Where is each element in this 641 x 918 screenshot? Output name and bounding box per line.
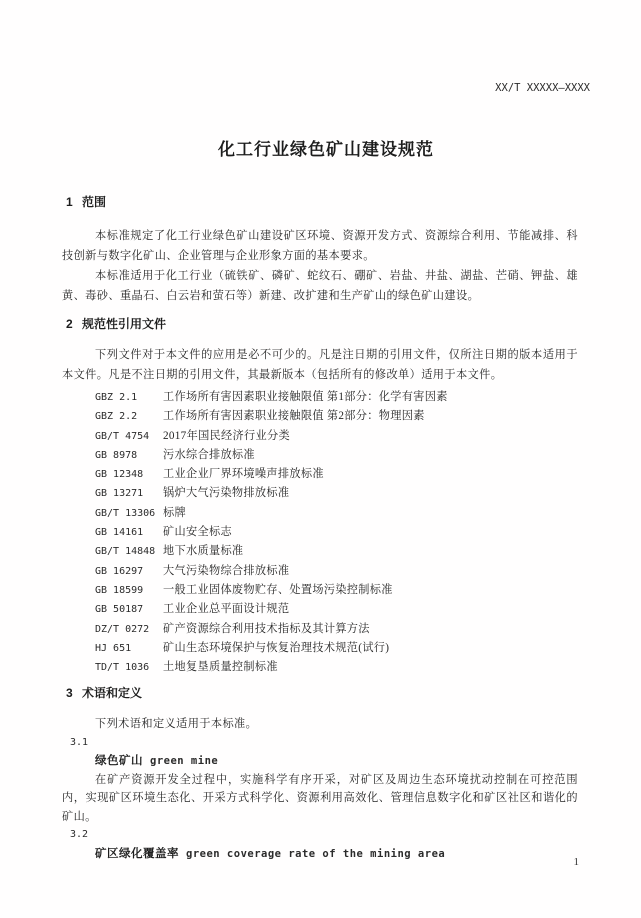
reference-title: 矿山安全标志 <box>163 526 232 538</box>
reference-item: GB 13271锅炉大气污染物排放标准 <box>62 484 578 503</box>
reference-item: GB 12348工业企业厂界环境噪声排放标准 <box>62 465 578 484</box>
reference-title: 大气污染物综合排放标准 <box>163 565 289 577</box>
reference-code: GB 13271 <box>95 485 163 503</box>
reference-item: HJ 651矿山生态环境保护与恢复治理技术规范(试行) <box>62 639 578 658</box>
reference-code: GB 50187 <box>95 601 163 619</box>
reference-title: 工作场所有害因素职业接触限值 第2部分：物理因素 <box>163 410 425 422</box>
reference-title: 矿山生态环境保护与恢复治理技术规范(试行) <box>163 642 389 654</box>
reference-item: GB/T 13306标牌 <box>62 504 578 523</box>
reference-code: GB 8978 <box>95 447 163 465</box>
term-number: 3.2 <box>62 826 578 845</box>
reference-code: GB/T 13306 <box>95 505 163 523</box>
standard-doc-code: XX/T XXXXX—XXXX <box>62 82 590 95</box>
reference-code: GB/T 4754 <box>95 428 163 446</box>
term-entry: 绿色矿山green mine <box>62 752 578 771</box>
section-2-title: 规范性引用文件 <box>82 317 166 331</box>
section-2-number: 2 <box>66 316 82 332</box>
reference-title: 一般工业固体废物贮存、处置场污染控制标准 <box>163 584 393 596</box>
page-number: 1 <box>574 856 580 868</box>
section-1-paragraph: 本标准规定了化工行业绿色矿山建设矿区环境、资源开发方式、资源综合利用、节能减排、… <box>62 226 578 266</box>
section-1-title: 范围 <box>82 195 106 209</box>
reference-item: GB 18599一般工业固体废物贮存、处置场污染控制标准 <box>62 581 578 600</box>
reference-item: GB 14161矿山安全标志 <box>62 523 578 542</box>
reference-title: 工业企业厂界环境噪声排放标准 <box>163 468 324 480</box>
reference-item: DZ/T 0272矿产资源综合利用技术指标及其计算方法 <box>62 620 578 639</box>
term-chinese: 矿区绿化覆盖率 <box>95 848 179 860</box>
reference-title: 工作场所有害因素职业接触限值 第1部分：化学有害因素 <box>163 391 448 403</box>
document-page: XX/T XXXXX—XXXX 化工行业绿色矿山建设规范 1范围 本标准规定了化… <box>0 0 641 918</box>
reference-item: TD/T 1036土地复垦质量控制标准 <box>62 658 578 677</box>
reference-code: GBZ 2.2 <box>95 408 163 426</box>
reference-code: GB/T 14848 <box>95 543 163 561</box>
reference-item: GBZ 2.1工作场所有害因素职业接触限值 第1部分：化学有害因素 <box>62 388 578 407</box>
reference-item: GB 16297大气污染物综合排放标准 <box>62 562 578 581</box>
section-3-title: 术语和定义 <box>82 686 142 700</box>
reference-title: 地下水质量标准 <box>163 545 243 557</box>
term-definition: 在矿产资源开发全过程中，实施科学有序开采，对矿区及周边生态环境扰动控制在可控范围… <box>62 771 578 827</box>
section-2-heading: 2规范性引用文件 <box>62 316 578 332</box>
reference-code: GBZ 2.1 <box>95 389 163 407</box>
term-number: 3.1 <box>62 734 578 753</box>
section-1-heading: 1范围 <box>62 194 578 210</box>
section-3-heading: 3术语和定义 <box>62 685 578 701</box>
reference-item: GB/T 14848地下水质量标准 <box>62 542 578 561</box>
section-2-intro: 下列文件对于本文件的应用是必不可少的。凡是注日期的引用文件，仅所注日期的版本适用… <box>62 345 578 385</box>
term-english: green coverage rate of the mining area <box>186 848 445 860</box>
reference-code: TD/T 1036 <box>95 659 163 677</box>
term-chinese: 绿色矿山 <box>95 755 143 767</box>
term-english: green mine <box>150 755 218 767</box>
reference-title: 工业企业总平面设计规范 <box>163 603 289 615</box>
section-3-intro: 下列术语和定义适用于本标准。 <box>62 715 578 734</box>
reference-code: DZ/T 0272 <box>95 621 163 639</box>
document-title: 化工行业绿色矿山建设规范 <box>62 138 578 162</box>
reference-title: 土地复垦质量控制标准 <box>163 661 278 673</box>
reference-title: 污水综合排放标准 <box>163 449 255 461</box>
terms-and-definitions: 下列术语和定义适用于本标准。 3.1 绿色矿山green mine 在矿产资源开… <box>62 715 578 863</box>
reference-item: GB/T 47542017年国民经济行业分类 <box>62 427 578 446</box>
reference-item: GB 50187工业企业总平面设计规范 <box>62 600 578 619</box>
reference-code: GB 14161 <box>95 524 163 542</box>
section-1-paragraph: 本标准适用于化工行业（硫铁矿、磷矿、蛇纹石、硼矿、岩盐、井盐、湖盐、芒硝、钾盐、… <box>62 266 578 306</box>
reference-title: 矿产资源综合利用技术指标及其计算方法 <box>163 623 370 635</box>
reference-item: GB 8978污水综合排放标准 <box>62 446 578 465</box>
reference-title: 2017年国民经济行业分类 <box>163 430 290 442</box>
section-1-number: 1 <box>66 194 82 210</box>
reference-title: 锅炉大气污染物排放标准 <box>163 487 289 499</box>
reference-code: GB 12348 <box>95 466 163 484</box>
term-entry: 矿区绿化覆盖率green coverage rate of the mining… <box>62 845 578 864</box>
reference-title: 标牌 <box>163 507 186 519</box>
reference-item: GBZ 2.2工作场所有害因素职业接触限值 第2部分：物理因素 <box>62 407 578 426</box>
normative-reference-list: GBZ 2.1工作场所有害因素职业接触限值 第1部分：化学有害因素 GBZ 2.… <box>62 388 578 677</box>
reference-code: HJ 651 <box>95 640 163 658</box>
reference-code: GB 16297 <box>95 563 163 581</box>
reference-code: GB 18599 <box>95 582 163 600</box>
section-3-number: 3 <box>66 685 82 701</box>
